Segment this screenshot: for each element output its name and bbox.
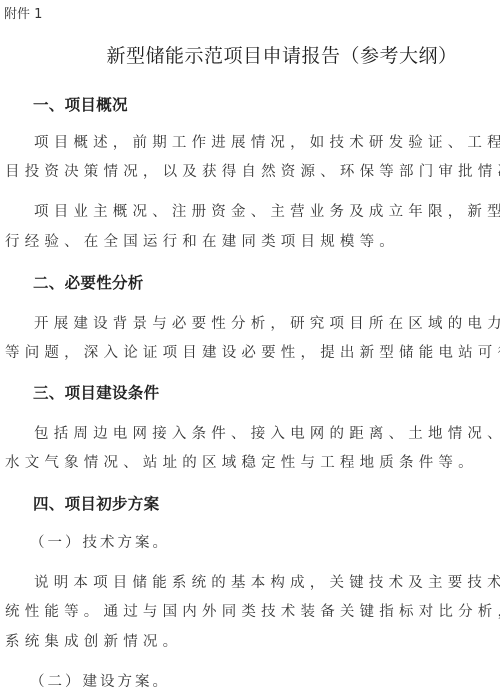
paragraph-line: 开展建设背景与必要性分析，研究项目所在区域的电力供需、系统调峰 (34, 312, 500, 333)
paragraph-line: 统性能等。通过与国内外同类技术装备关键指标对比分析，说明技术产品与 (5, 600, 500, 621)
document-title: 新型储能示范项目申请报告（参考大纲） (0, 41, 500, 68)
subsection-heading-technical: （一）技术方案。 (30, 531, 170, 552)
paragraph-line: 系统集成创新情况。 (5, 630, 182, 651)
paragraph-line: 包括周边电网接入条件、接入电网的距离、土地情况、交通运输情况、 (34, 422, 500, 443)
paragraph-line: 项目概述，前期工作进展情况，如技术研发验证、工程建设、本企业项 (34, 131, 500, 152)
section-heading-conditions: 三、项目建设条件 (33, 381, 159, 403)
paragraph-line: 等问题，深入论证项目建设必要性，提出新型储能电站可行性结论。 (5, 341, 500, 362)
paragraph-line: 说明本项目储能系统的基本构成，关键技术及主要技术参数，设备及系 (34, 571, 500, 592)
section-heading-necessity: 二、必要性分析 (33, 271, 144, 293)
paragraph-line: 行经验、在全国运行和在建同类项目规模等。 (5, 230, 399, 251)
section-heading-plan: 四、项目初步方案 (33, 492, 159, 514)
paragraph-line: 项目业主概况、注册资金、主营业务及成立年限，新型储能项目建设运 (34, 200, 500, 221)
attachment-label: 附件 1 (4, 3, 42, 22)
subsection-heading-construction: （二）建设方案。 (30, 670, 170, 690)
paragraph-line: 目投资决策情况，以及获得自然资源、环保等部门审批情况。 (5, 160, 500, 181)
paragraph-line: 水文气象情况、站址的区域稳定性与工程地质条件等。 (5, 451, 478, 472)
section-heading-overview: 一、项目概况 (33, 93, 128, 115)
